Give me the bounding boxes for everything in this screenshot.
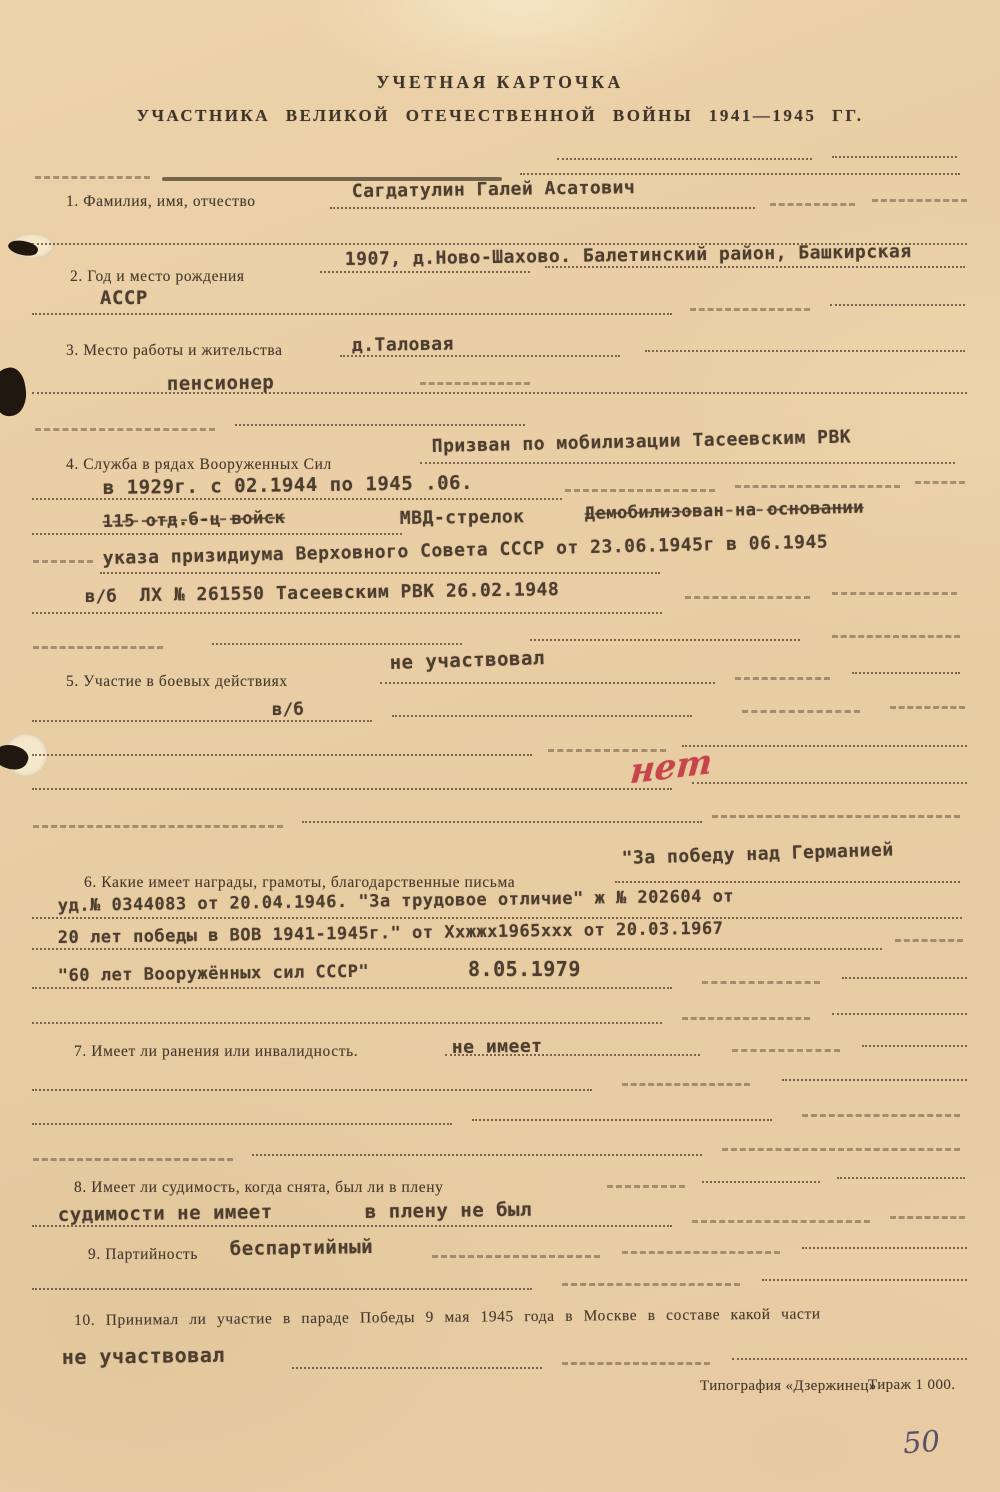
field-6-value-line4a: "60 лет Вооружённых сил СССР" (58, 962, 370, 986)
dotted-line (340, 355, 620, 357)
dotted-line (420, 462, 955, 464)
field-5-value-line2: в/б (272, 700, 304, 720)
dotted-line (557, 158, 812, 160)
dotted-line (32, 1022, 662, 1024)
dotted-line (33, 825, 283, 828)
field-3-label: 3. Место работы и жительства (66, 342, 283, 360)
dotted-line (32, 788, 672, 790)
dotted-line (472, 1119, 772, 1121)
field-6-label: 6. Какие имеет награды, грамоты, благода… (84, 874, 515, 892)
dotted-line (33, 560, 93, 563)
dotted-line (33, 1158, 233, 1161)
dotted-line (32, 392, 967, 394)
dotted-line (420, 382, 530, 385)
dotted-line (722, 1148, 960, 1151)
card-title: УЧЕТНАЯ КАРТОЧКА (0, 72, 1000, 93)
dotted-line (32, 1225, 672, 1227)
handwritten-page-number: 50 (902, 1424, 941, 1460)
field-5-value-line1: не участвовал (389, 647, 545, 674)
dotted-line (35, 428, 215, 431)
dotted-line (330, 207, 755, 209)
dotted-line (692, 1220, 870, 1223)
dotted-line (32, 498, 562, 500)
dotted-line (830, 304, 965, 306)
field-4-value-line2: в 1929г. с 02.1944 по 1945 .06. (103, 472, 473, 499)
edition-imprint: Тираж 1 000. (868, 1377, 955, 1394)
field-4-value-line5a: в/б (85, 587, 117, 607)
dotted-line (32, 720, 372, 722)
dotted-line (742, 710, 860, 713)
dotted-line (320, 271, 530, 273)
dotted-line (100, 572, 660, 574)
dotted-line (685, 596, 810, 599)
dotted-line (735, 677, 830, 680)
field-5-label: 5. Участие в боевых действиях (66, 673, 288, 691)
registration-card-page: УЧЕТНАЯ КАРТОЧКА УЧАСТНИКА ВЕЛИКОЙ ОТЕЧЕ… (0, 0, 1000, 1492)
dotted-line (762, 1279, 967, 1281)
dotted-line (692, 782, 967, 784)
dotted-line (32, 917, 962, 919)
dotted-line (712, 815, 960, 818)
field-9-label: 9. Партийность (88, 1246, 198, 1264)
dotted-line (690, 308, 810, 311)
dotted-line (732, 1358, 967, 1360)
dotted-line (837, 1177, 965, 1179)
dotted-line (802, 1114, 960, 1117)
dotted-line (645, 350, 965, 352)
field-8-label: 8. Имеет ли судимость, когда снята, был … (74, 1179, 443, 1197)
dotted-line (832, 1013, 967, 1015)
dotted-line (682, 1017, 810, 1020)
dotted-line (32, 754, 532, 756)
dotted-line (530, 639, 800, 641)
dotted-line (33, 646, 163, 649)
field-2-value-line2: АССР (100, 287, 148, 309)
field-8-value-line2: в плену не был (365, 1199, 532, 1223)
dotted-line (622, 1083, 750, 1086)
card-subtitle: УЧАСТНИКА ВЕЛИКОЙ ОТЕЧЕСТВЕННОЙ ВОЙНЫ 19… (0, 106, 1000, 126)
field-6-value-line3: 20 лет победы в ВОВ 1941-1945г." от Ххжж… (58, 919, 724, 948)
dotted-line (32, 533, 402, 535)
dotted-line (852, 672, 960, 674)
dotted-line (380, 682, 715, 684)
field-1-label: 1. Фамилия, имя, отчество (66, 193, 256, 211)
dotted-line (890, 706, 965, 709)
field-1-value: Сагдатулин Галей Асатович (352, 177, 636, 202)
dotted-line (565, 489, 715, 492)
dotted-line (545, 266, 965, 268)
dotted-line (292, 1367, 542, 1369)
field-4-value-line3c: Демобилизован на основании (585, 498, 864, 524)
dotted-line (895, 939, 963, 942)
dotted-line (890, 1216, 965, 1219)
dotted-line (782, 1079, 967, 1081)
field-6-value-line4b: 8.05.1979 (468, 957, 581, 981)
dotted-line (445, 1054, 700, 1056)
dotted-line (392, 715, 692, 717)
field-4-label: 4. Служба в рядах Вооруженных Сил (66, 456, 332, 474)
field-7-label: 7. Имеет ли ранения или инвалидность. (74, 1043, 358, 1061)
field-6-value-line1: "За победу над Германией (621, 839, 894, 869)
dotted-line (915, 481, 965, 484)
dotted-line (32, 612, 662, 614)
dotted-line (622, 1251, 780, 1254)
field-4-value-line4: указа призидиума Верховного Совета СССР … (103, 532, 829, 569)
dotted-line (32, 948, 882, 950)
printer-imprint: Типография «Дзержинец» (700, 1378, 877, 1395)
dotted-line (832, 635, 960, 638)
binding-mark (0, 365, 30, 418)
dotted-line (832, 156, 957, 158)
dotted-line (832, 592, 957, 595)
dotted-line (607, 1185, 685, 1188)
field-4-value-line3a: 115 отд.б-ц войск (103, 508, 286, 532)
field-4-value-line5b: ЛХ № 261550 Тасеевским РВК 26.02.1948 (140, 579, 560, 606)
dotted-line (732, 1049, 840, 1052)
dotted-line (35, 176, 150, 179)
dotted-line (432, 1255, 600, 1258)
dotted-line (702, 1181, 820, 1183)
field-10-value: не участвовал (62, 1343, 225, 1369)
dotted-line (562, 1283, 740, 1286)
field-3-value-line1: д.Таловая (352, 334, 454, 356)
dotted-line (252, 1154, 702, 1156)
dotted-line (615, 881, 960, 883)
field-4-value-line1: Призван по мобилизации Тасеевским РВК (432, 426, 852, 457)
dotted-line (770, 203, 855, 206)
field-8-value-line1: судимости не имеет (58, 1201, 273, 1226)
dotted-line (32, 1089, 592, 1091)
dotted-line (872, 199, 967, 202)
dotted-line (32, 1288, 532, 1290)
field-2-label: 2. Год и место рождения (70, 268, 245, 286)
dotted-line (802, 1247, 967, 1249)
dotted-line (235, 424, 525, 426)
dotted-line (702, 981, 820, 984)
dotted-line (562, 1362, 710, 1365)
dotted-line (32, 313, 672, 315)
field-9-value: беспартийный (230, 1236, 374, 1260)
dotted-line (520, 173, 960, 175)
dotted-line (302, 821, 702, 823)
dotted-line (32, 987, 672, 989)
field-10-label: 10. Принимал ли участие в параде Победы … (74, 1305, 821, 1330)
field-4-value-line3b: МВД-стрелок (400, 506, 525, 529)
dotted-line (682, 745, 967, 747)
dotted-line (212, 643, 462, 645)
dotted-line (32, 1123, 452, 1125)
dotted-line (842, 977, 967, 979)
dotted-line (862, 1045, 967, 1047)
dotted-line (735, 485, 900, 488)
